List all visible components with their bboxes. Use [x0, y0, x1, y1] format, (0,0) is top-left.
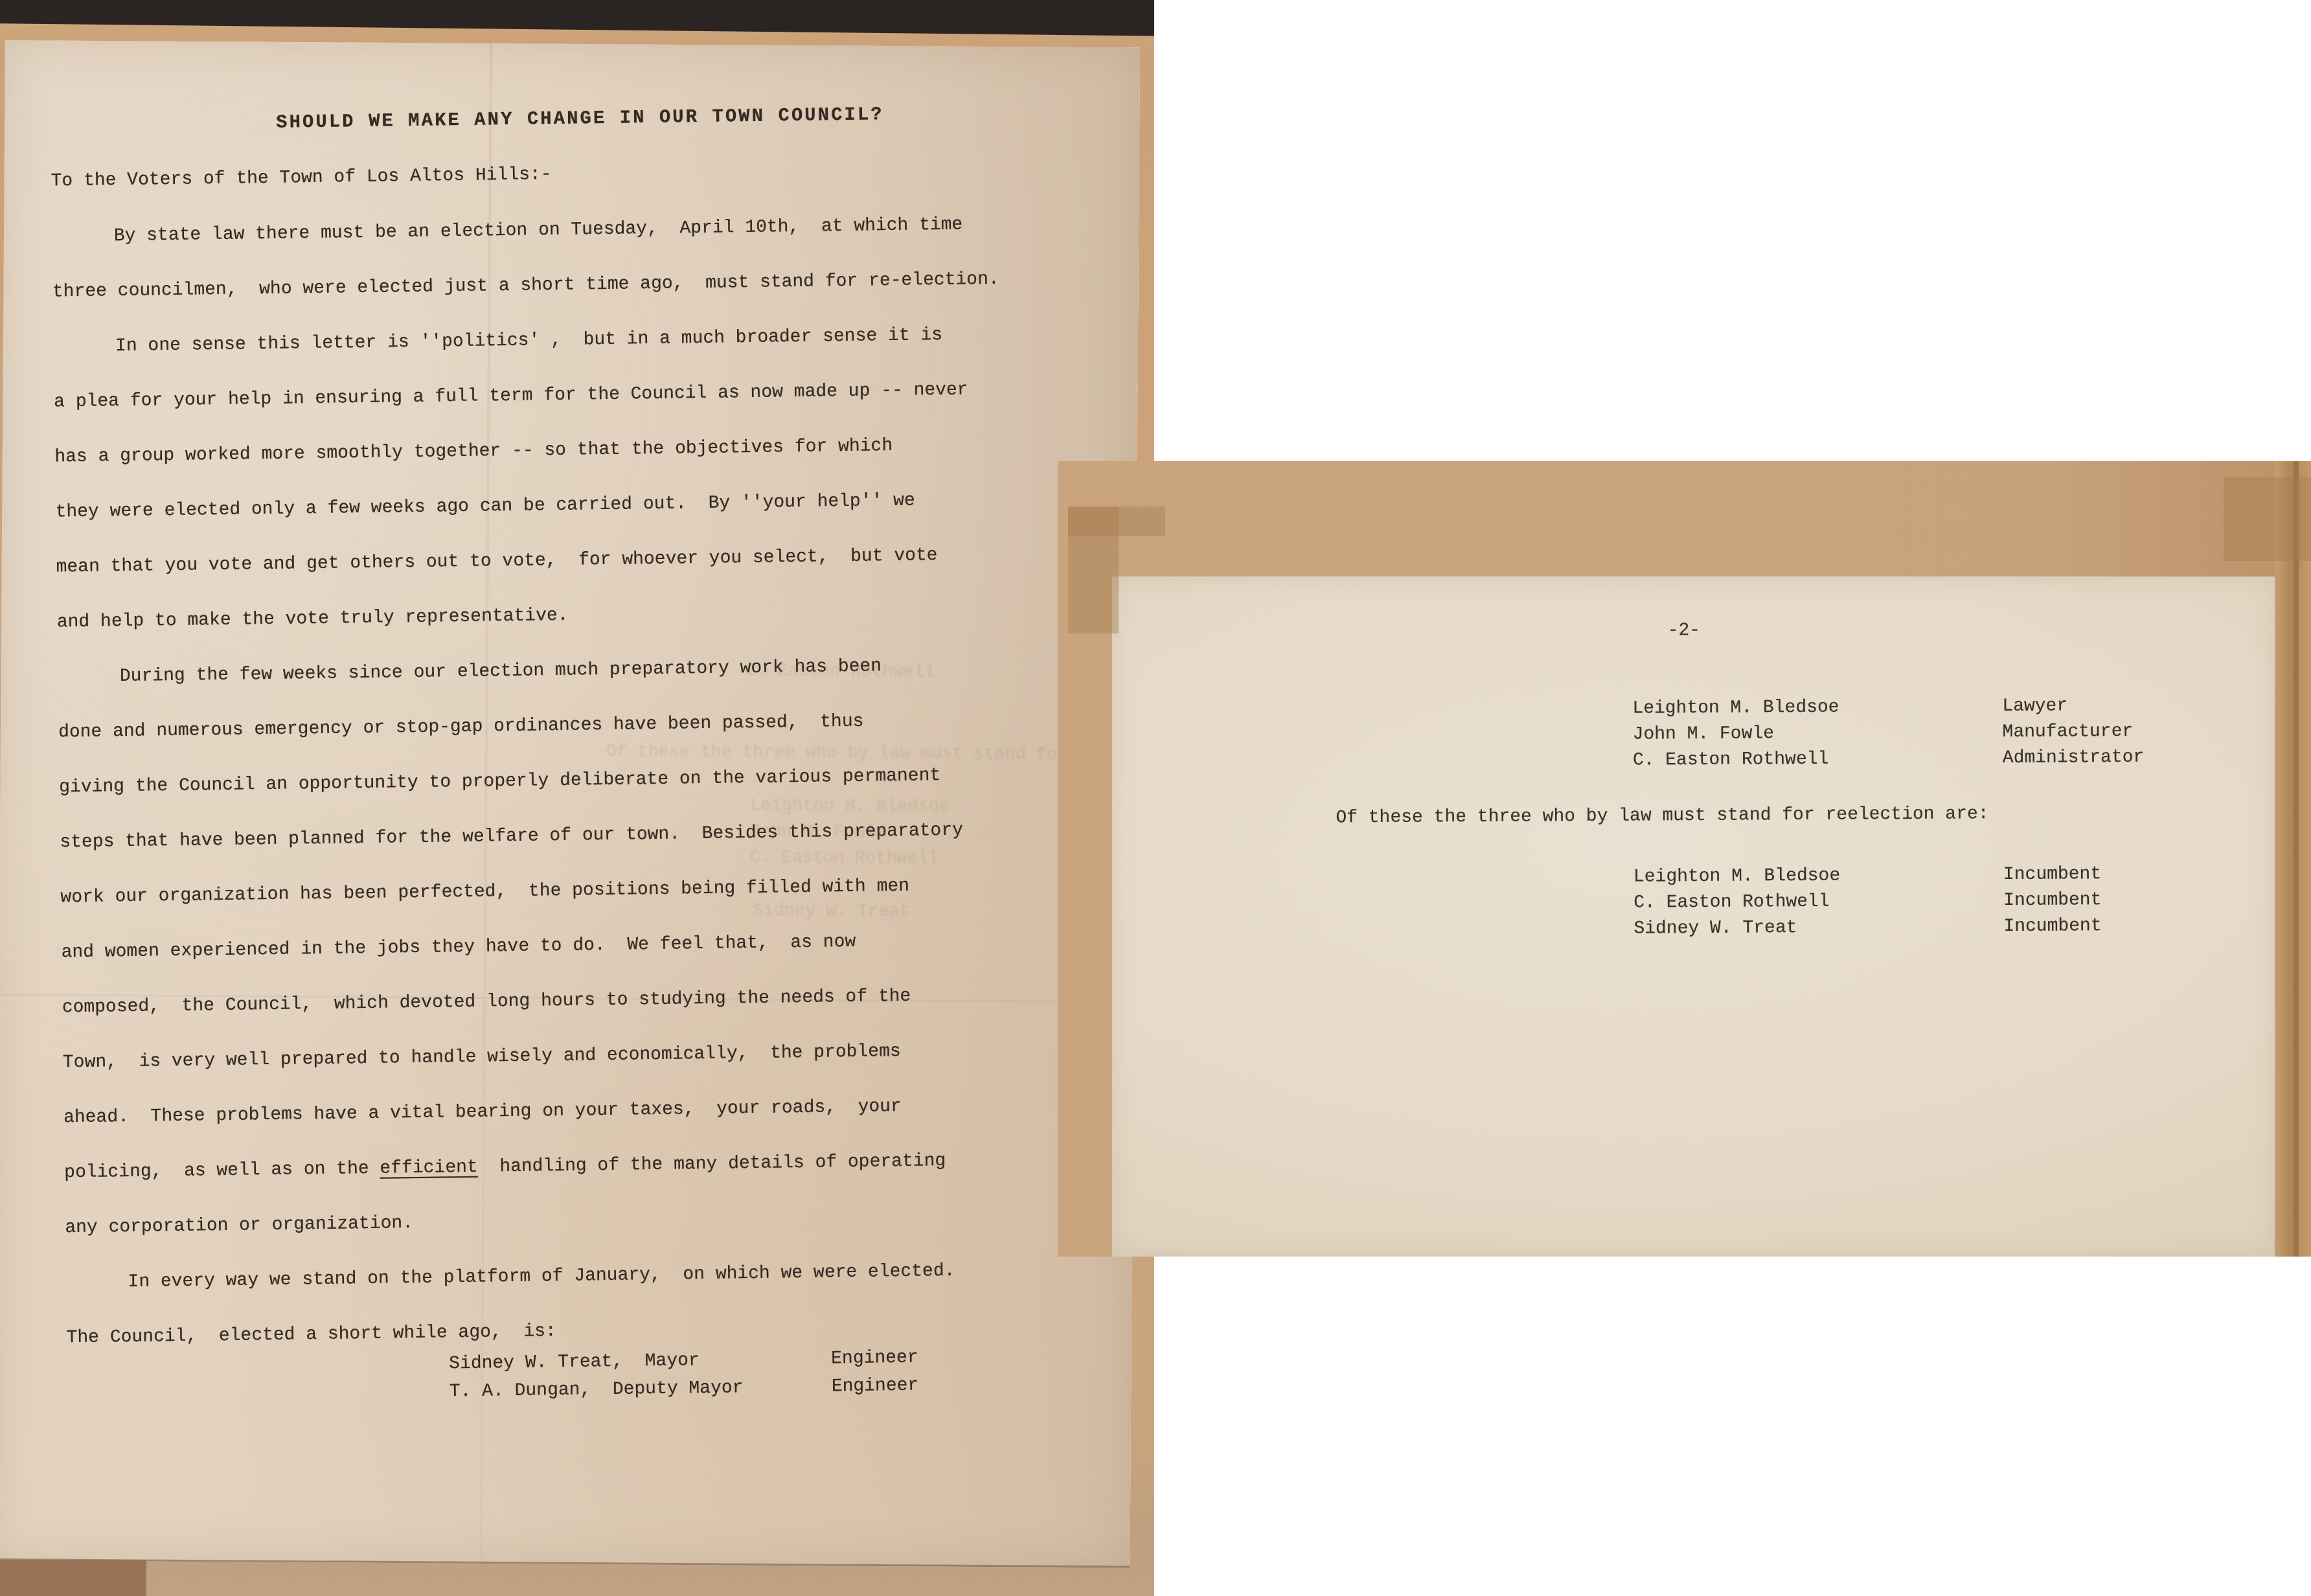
person-name: Sidney W. Treat, Mayor	[449, 1351, 700, 1374]
person-role: Engineer	[832, 1372, 919, 1401]
person-name: Leighton M. Bledsoe	[1632, 698, 1839, 719]
person-role: Lawyer	[2002, 693, 2067, 720]
page1-text-block: SHOULD WE MAKE ANY CHANGE IN OUR TOWN CO…	[50, 99, 1082, 1411]
person-role: Administrator	[2003, 745, 2145, 771]
person-name: Sidney W. Treat	[1634, 918, 1797, 939]
person-role: Incumbent	[2003, 861, 2101, 888]
person-name: John M. Fowle	[1633, 724, 1775, 744]
backing-dark-patch	[0, 1560, 146, 1596]
person-role: Engineer	[831, 1344, 918, 1373]
page1-paper: SHOULD WE MAKE ANY CHANGE IN OUR TOWN CO…	[0, 40, 1140, 1568]
person-role: Incumbent	[2003, 913, 2101, 940]
page2-roster-list: Leighton M. BledsoeLawyerJohn M. FowleMa…	[1059, 692, 2311, 777]
page2-text-block: -2- Leighton M. BledsoeLawyerJohn M. Fow…	[1058, 461, 2311, 1257]
page1-scan: SHOULD WE MAKE ANY CHANGE IN OUR TOWN CO…	[0, 0, 1154, 1596]
person-role: Incumbent	[2003, 887, 2101, 914]
page1-body-lines: By state law there must be an election o…	[52, 211, 1081, 1355]
person-name: T. A. Dungan, Deputy Mayor	[450, 1378, 744, 1402]
page2-incumbent-list: Leighton M. BledsoeIncumbentC. Easton Ro…	[1060, 860, 2311, 946]
person-name: C. Easton Rothwell	[1634, 892, 1830, 913]
person-name: C. Easton Rothwell	[1633, 749, 1829, 771]
reelection-sentence: Of these the three who by law must stand…	[1336, 804, 1988, 828]
scrapbook-scan-composite: { "document": { "kind": "scanned typewri…	[0, 0, 2311, 1596]
page2-scan: -2- Leighton M. BledsoeLawyerJohn M. Fow…	[1058, 461, 2311, 1257]
scan-top-black-edge	[0, 0, 1154, 36]
person-role: Manufacturer	[2002, 719, 2133, 746]
page-number: -2-	[1668, 621, 1701, 641]
underlined-word: efficient	[380, 1157, 478, 1179]
person-name: Leighton M. Bledsoe	[1634, 866, 1840, 887]
